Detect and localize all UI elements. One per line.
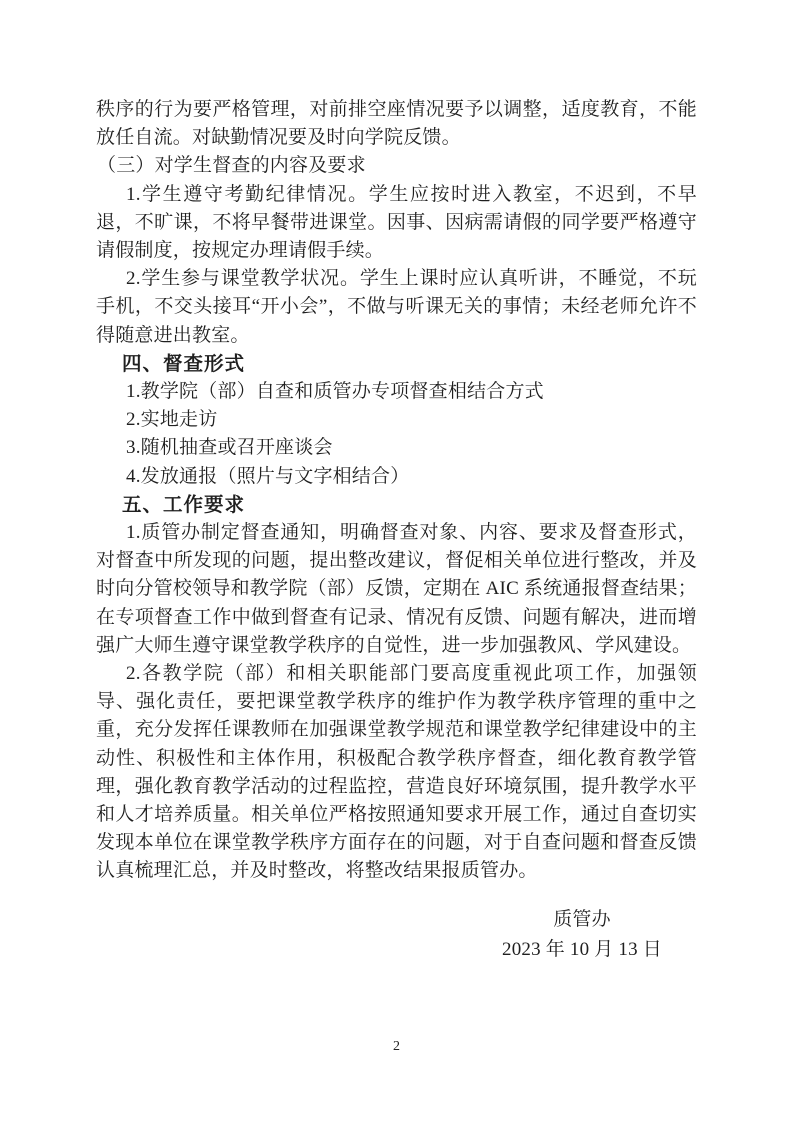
document-body: 秩序的行为要严格管理，对前排空座情况要予以调整，适度教育，不能放任自流。对缺勤情…	[96, 96, 697, 965]
numbered-paragraph: 2.学生参与课堂教学状况。学生上课时应认真听讲，不睡觉，不玩手机，不交头接耳“开…	[96, 265, 697, 350]
numbered-paragraph: 1.质管办制定督查通知，明确督查对象、内容、要求及督查形式，对督查中所发现的问题…	[96, 519, 697, 660]
signature-date: 2023 年 10 月 13 日	[497, 935, 667, 965]
signature-name: 质管办	[497, 905, 667, 935]
numbered-paragraph: 2.各教学院（部）和相关职能部门要高度重视此项工作，加强领导、强化责任，要把课堂…	[96, 660, 697, 886]
list-item: 1.教学院（部）自查和质管办专项督查相结合方式	[96, 378, 697, 406]
section-heading-4: 四、督查形式	[96, 350, 697, 378]
section-heading-5: 五、工作要求	[96, 491, 697, 519]
numbered-paragraph: 1.学生遵守考勤纪律情况。学生应按时进入教室，不迟到，不早退，不旷课，不将早餐带…	[96, 181, 697, 266]
page-number: 2	[0, 1038, 793, 1056]
list-item: 2.实地走访	[96, 406, 697, 434]
list-item: 3.随机抽查或召开座谈会	[96, 434, 697, 462]
paragraph-continuation: 秩序的行为要严格管理，对前排空座情况要予以调整，适度教育，不能放任自流。对缺勤情…	[96, 96, 697, 152]
signature-block: 质管办 2023 年 10 月 13 日	[497, 905, 667, 965]
list-item: 4.发放通报（照片与文字相结合）	[96, 463, 697, 491]
document-page: 秩序的行为要严格管理，对前排空座情况要予以调整，适度教育，不能放任自流。对缺勤情…	[0, 0, 793, 1122]
subsection-heading: （三）对学生督查的内容及要求	[96, 152, 697, 180]
